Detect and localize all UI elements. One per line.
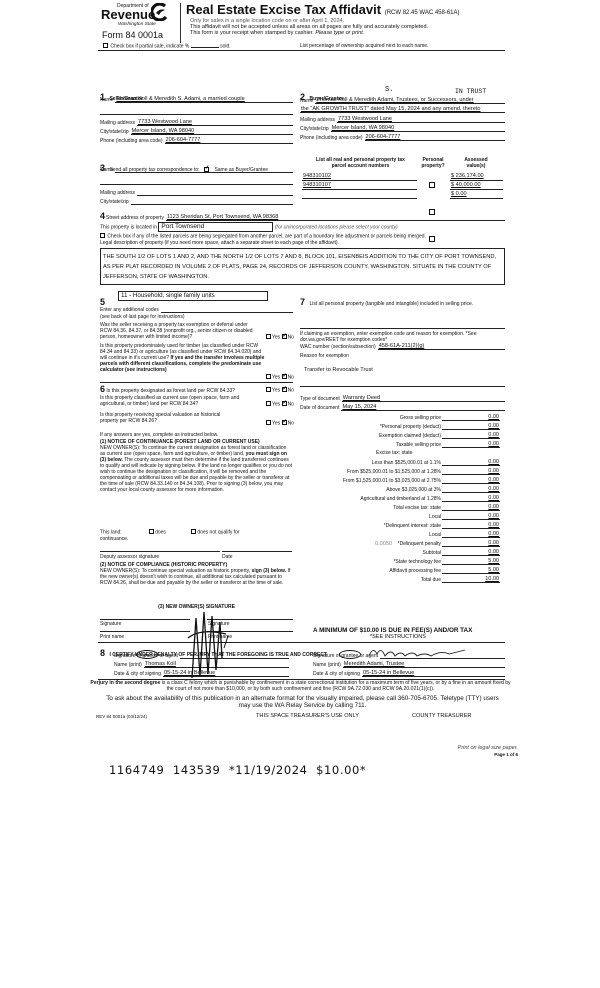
assessed-col-header: Assessed value(s) (455, 157, 497, 169)
field-label: City/state/zip (100, 129, 129, 135)
form-number: Form 84 0001a (102, 30, 163, 40)
title-ref: (RCW 82.45 WAC 458-61A) (385, 10, 460, 16)
tax-row: *Delinquent interest: state0.00 (300, 522, 500, 529)
tax-row: Affidavit processing fee5.00 (300, 567, 500, 574)
field-label: Date & city of signing (313, 671, 360, 677)
parcel-number: 948310102 (303, 173, 331, 179)
timber-answer: Yes No (266, 374, 294, 381)
field-label: City/state/zip (100, 199, 129, 205)
tax-label: Total due (421, 577, 441, 583)
print-name-label-1: Print name (100, 634, 124, 640)
assessed-value: $ 0.00 (451, 191, 467, 197)
notice1-body: NEW OWNER(S): To continue the current de… (100, 445, 293, 493)
additional-codes-hint: (see back of last page for instructions) (100, 314, 185, 320)
new-owner-print-line-1[interactable] (100, 631, 190, 632)
tax-value[interactable]: 0.00 (442, 522, 500, 529)
buyer-name-value-1: Thomas Koll & Meredith Adami, Trustees, … (316, 97, 473, 103)
tax-label: *Delinquent interest: state (384, 523, 441, 529)
yes-label: Yes (272, 421, 280, 427)
note3-text: This form is your receipt when stamped b… (190, 30, 314, 36)
tax-value[interactable]: 0.00 (442, 549, 500, 556)
page-number: Page 1 of 6 (440, 752, 518, 757)
does-label: does (155, 530, 166, 536)
section-number: 4 (100, 212, 105, 221)
section-number: 8 (100, 648, 105, 658)
buyer-phone-field[interactable]: Phone (including area code) 206-604-7777 (300, 134, 505, 141)
field-label: Name (print) (313, 662, 341, 668)
local-rate: 0.0050 (375, 541, 392, 547)
header-note-3: This form is your receipt when stamped b… (190, 30, 364, 37)
tax-value[interactable]: 0.00 (442, 513, 500, 520)
tax-row: Subtotal0.00 (300, 549, 500, 556)
tax-label: Local (429, 514, 441, 520)
tax-value[interactable]: 10.00 (442, 576, 500, 583)
assessed-value: $ 40,000.00 (451, 182, 481, 188)
current-use-no-checkbox[interactable] (282, 401, 287, 406)
excise-tax-heading: Excise tax: state (376, 450, 412, 456)
buyer-mailing-field[interactable]: Mailing address 7733 Westwood Lane (300, 116, 505, 123)
this-land-label: This land: (100, 530, 122, 536)
parcel-number: 948310107 (303, 182, 331, 188)
grantee-date-field[interactable]: Date & city of signing 05-15-24 in Belle… (313, 670, 505, 677)
timber-yes-checkbox[interactable] (266, 374, 271, 379)
tax-label: Exemption claimed (deduct) (379, 433, 441, 439)
yes-label: Yes (272, 375, 280, 381)
see-instructions: *SEE INSTRUCTIONS (370, 634, 426, 640)
grantor-signature-scribble (180, 598, 230, 682)
yes-label: Yes (272, 402, 280, 408)
tax-label: *Personal property (deduct) (380, 424, 441, 430)
field-label: Name (100, 97, 113, 103)
street-address-field[interactable]: 4 Street address of property 1123 Sherid… (100, 212, 505, 221)
reason-label: Reason for exemption (300, 353, 349, 359)
tax-value[interactable]: 0.00 (442, 432, 500, 439)
tax-label: Agricultural and timberland at 1.28% (360, 496, 441, 502)
deputy-date-label: Date (222, 554, 233, 560)
buyer-city-value: Mercer Island, WA 98040 (332, 125, 395, 131)
no-label: No (288, 402, 294, 408)
correspondence-name-line-2[interactable] (100, 184, 293, 185)
field-label: Date of document (300, 405, 339, 411)
located-hint: (for unincorporated locations please sel… (275, 224, 398, 230)
tax-row: Gross selling price0.00 (300, 414, 500, 421)
partial-sale-label: Check box if partial sale, indicate % (110, 44, 189, 50)
tax-label: Local (429, 532, 441, 538)
seller-name-value: Thomas Koll & Meredith S. Adami, a marri… (116, 96, 244, 102)
personal-property-checkbox[interactable] (429, 182, 435, 188)
field-label: Enter any additional codes (100, 307, 159, 313)
located-label: This property is located in (100, 224, 157, 230)
revision-number: REV 84 0001a (03/12/24) (96, 714, 147, 719)
field-label: Type of document (300, 396, 340, 402)
additional-codes-field[interactable]: Enter any additional codes (100, 306, 293, 313)
tax-row: From $1,525,000.01 to $3,025,000 at 2.75… (300, 477, 500, 484)
personal-property-heading: List all personal property (tangible and… (309, 301, 473, 307)
no-label: No (288, 335, 294, 341)
partial-sale-checkbox[interactable] (103, 43, 108, 48)
buyer-name-field-2[interactable]: the "AK GROWTH TRUST" dated May 15, 2024… (300, 106, 505, 113)
field-label: City/state/zip (300, 126, 329, 132)
parcel-line[interactable] (302, 198, 417, 199)
tax-value[interactable]: 5.00 (442, 567, 500, 574)
location-row: This property is located in Port Townsen… (100, 222, 398, 232)
forest-text: Is this property designated as forest la… (106, 388, 235, 394)
buyer-city-field[interactable]: City/state/zip Mercer Island, WA 98040 (300, 125, 505, 132)
tax-value[interactable]: 0.00 (442, 477, 500, 484)
exemption-claim-label: If claiming an exemption, enter exemptio… (300, 331, 500, 343)
current-use-yes-checkbox[interactable] (266, 401, 271, 406)
grantee-signature-scribble (365, 644, 475, 662)
exemption-question: Was the seller receiving a property tax … (100, 322, 260, 340)
agency-state: Washington State (118, 22, 156, 27)
stamp-s: S. (385, 86, 393, 94)
legal-label: Legal description of property (if you ne… (100, 240, 339, 246)
tax-row: Total due10.00 (300, 576, 500, 583)
tax-value[interactable]: 0.00 (442, 414, 500, 421)
section-number: 7 (300, 297, 305, 307)
segregated-row: Check box if any of the listed parcels a… (100, 233, 426, 240)
if-yes-note: If any answers are yes, complete as inst… (100, 432, 218, 438)
field-label: Name (print) (114, 662, 142, 668)
tax-row: Local0.00 (300, 513, 500, 520)
header-divider (180, 3, 181, 43)
seller-mailing-field[interactable]: Mailing address 7733 Westwood Lane (100, 119, 293, 126)
deputy-date-line[interactable] (222, 551, 292, 552)
section-number: 6 (100, 384, 105, 394)
historic-question: Is this property receiving special valua… (100, 412, 240, 424)
assessed-value: $ 236,174.00 (451, 173, 484, 179)
doc-date-field[interactable]: Date of document May 15, 2024 (300, 404, 505, 411)
segregated-checkbox[interactable] (100, 233, 105, 238)
tax-label: From $1,525,000.01 to $3,025,000 at 2.75… (343, 478, 441, 484)
tax-label: From $525,000.01 to $1,525,000 at 1.28% (347, 469, 441, 475)
assessed-line[interactable] (450, 198, 503, 199)
forest-answer: Yes No (266, 387, 294, 394)
legal-paper-note: Print on legal size paper. (440, 745, 518, 751)
field-label: Name (300, 98, 313, 104)
seller-city-field[interactable]: City/state/zip Mercer Island, WA 98040 (100, 128, 293, 135)
location-select[interactable]: Port Townsend (158, 222, 273, 232)
assessed-line[interactable] (450, 189, 503, 190)
tax-row: Agricultural and timberland at 1.28%0.00 (300, 495, 500, 502)
notice1-text-b: The county assessor must then determine … (100, 457, 292, 493)
continuance-row: This land: does does not qualify for (100, 529, 240, 536)
ownership-note: List percentage of ownership acquired ne… (300, 43, 428, 49)
tax-row: Local0.00 (300, 531, 500, 538)
exemption-answer: Yes No (266, 334, 294, 341)
partial-sale-row: Check box if partial sale, indicate % so… (103, 43, 231, 50)
buyer-phone-value: 206-604-7777 (366, 134, 401, 140)
stamp-in-trust: IN TRUST (455, 88, 486, 95)
forest-question: 6 Is this property designated as forest … (100, 385, 235, 394)
seller-name-field[interactable]: Name Thomas Koll & Meredith S. Adami, a … (100, 96, 293, 103)
tax-label: *Delinquent penalty (398, 541, 441, 547)
timber-no-checkbox[interactable] (282, 374, 287, 379)
historic-answer: Yes No (266, 420, 294, 427)
assessed-line[interactable] (450, 180, 503, 181)
tax-value[interactable]: 0.00 (442, 495, 500, 502)
doc-date-value: May 15, 2024 (342, 404, 376, 410)
tax-label: *State technology fee (393, 559, 441, 565)
tax-value[interactable]: 0.00 (442, 486, 500, 493)
grantee-date-value: 05-15-24 in Bellevue (363, 670, 414, 676)
new-owner-signature-line-1[interactable] (100, 619, 190, 620)
forest-no-checkbox[interactable] (282, 387, 287, 392)
field-label: Street address of property (106, 215, 164, 221)
correspondence-name-field[interactable]: Name (100, 166, 293, 173)
personal-property-line[interactable] (300, 328, 505, 329)
treasurer-use-only: THIS SPACE TREASURER'S USE ONLY (256, 713, 359, 719)
partial-sale-percent-input[interactable] (191, 47, 219, 48)
tax-value[interactable]: 0.00 (442, 540, 500, 547)
legal-description-box[interactable]: THE SOUTH 1/2 OF LOTS 1 AND 2, AND THE N… (100, 248, 505, 285)
perjury-bold: Perjury in the second degree (90, 680, 160, 686)
historic-no-checkbox[interactable] (282, 420, 287, 425)
current-use-answer: Yes No (266, 401, 294, 408)
tax-row: Less than $525,000.01 at 1.1%0.00 (300, 459, 500, 466)
field-label: Phone (including area code) (300, 135, 363, 141)
note3-italic: Please type or print. (315, 30, 364, 36)
doc-type-field[interactable]: Type of document Warranty Deed (300, 395, 505, 402)
wac-field[interactable]: WAC number (section/subsection) 458-61A-… (300, 343, 505, 350)
exemption-yes-checkbox[interactable] (266, 334, 271, 339)
deputy-signature-line[interactable] (100, 551, 220, 552)
timber-question: Is this property predominately used for … (100, 343, 265, 373)
grantee-name-field[interactable]: Name (print) Meredith Adami, Trustee (313, 661, 505, 668)
personal-property-checkbox[interactable] (429, 236, 435, 242)
field-label: Phone (including area code) (100, 138, 163, 144)
tax-value[interactable]: 0.00 (442, 459, 500, 466)
parcel-col-header: List all real and personal property tax … (308, 157, 413, 169)
grantor-name-value: Thomas Koll (145, 661, 176, 667)
does-not-label: does not qualify for (197, 530, 239, 536)
field-label: Mailing address (100, 190, 135, 196)
tax-label: Above $3,025,000 at 3% (386, 487, 441, 493)
seller-phone-field[interactable]: Phone (including area code) 206-604-7777 (100, 137, 293, 144)
seller-mailing-value: 7733 Westwood Lane (138, 119, 192, 125)
partial-sale-sold: sold. (220, 44, 231, 50)
continuance-label: continuance. (100, 536, 128, 542)
tax-label: Gross selling price (400, 415, 441, 421)
signature-label-1: Signature (100, 621, 121, 627)
grantee-circle (339, 650, 361, 659)
field-label: Mailing address (300, 117, 335, 123)
tax-row: Exemption claimed (deduct)0.00 (300, 432, 500, 439)
exemption-no-checkbox[interactable] (282, 334, 287, 339)
tax-label: Taxable selling price (396, 442, 441, 448)
doc-type-value: Warranty Deed (343, 395, 380, 401)
tax-value[interactable]: 0.00 (442, 423, 500, 430)
tax-label: Affidavit processing fee (389, 568, 441, 574)
dor-logo-icon (151, 3, 169, 21)
reason-value[interactable]: Transfer to Revocable Trust (304, 367, 373, 373)
tax-value[interactable]: 0.00 (442, 531, 500, 538)
section-7-heading: 7 List all personal property (tangible a… (300, 292, 505, 310)
buyer-mailing-value: 7733 Westwood Lane (338, 116, 392, 122)
tax-row: Total excise tax: state0.00 (300, 504, 500, 511)
grantor-circle (136, 650, 158, 659)
tax-label: Total excise tax: state (393, 505, 441, 511)
field-label: WAC number (section/subsection) (300, 344, 376, 350)
no-label: No (288, 388, 294, 394)
perjury-text: is a class C felony which is punishable … (162, 680, 511, 692)
use-code-select[interactable]: 11 - Household, single family units (118, 291, 268, 301)
no-label: No (288, 375, 294, 381)
tax-value[interactable]: 0.00 (442, 504, 500, 511)
forest-yes-checkbox[interactable] (266, 387, 271, 392)
tax-row: *Personal property (deduct)0.00 (300, 423, 500, 430)
treasurer-receipt-stamp: 1164749 143539 *11/19/2024 $10.00* (109, 763, 366, 777)
seller-phone-value: 206-604-7777 (166, 137, 201, 143)
buyer-name-value-2: the "AK GROWTH TRUST" dated May 15, 2024… (301, 106, 481, 112)
tax-value[interactable]: 0.00 (442, 441, 500, 448)
field-label: Date & city of signing (114, 671, 161, 677)
tax-label: Less than $525,000.01 at 1.1% (372, 460, 441, 466)
tax-row: Taxable selling price0.00 (300, 441, 500, 448)
street-address-value: 1123 Sheridan St, Port Townsend, WA 9836… (167, 214, 279, 220)
field-label: Mailing address (100, 120, 135, 126)
tax-label: Subtotal (423, 550, 441, 556)
tax-row: *State technology fee5.00 (300, 558, 500, 565)
wac-value: 458-61A-211(2)(g) (379, 343, 425, 349)
notice2-body: NEW OWNER(S): To continue special valuat… (100, 568, 293, 586)
county-treasurer: COUNTY TREASURER (412, 713, 471, 719)
personal-col-header: Personal property? (418, 157, 448, 169)
yes-label: Yes (272, 335, 280, 341)
tax-row: From $525,000.01 to $1,525,000 at 1.28%0… (300, 468, 500, 475)
tax-value[interactable]: 5.00 (442, 558, 500, 565)
does-checkbox[interactable] (149, 529, 154, 534)
seller-name-line-2[interactable] (100, 114, 293, 115)
yes-label: Yes (272, 388, 280, 394)
segregated-label: Check box if any of the listed parcels a… (107, 234, 426, 240)
current-use-question: Is this property classified as current u… (100, 395, 262, 407)
seller-city-value: Mercer Island, WA 98040 (132, 128, 195, 134)
divider (100, 382, 293, 383)
does-not-checkbox[interactable] (191, 529, 196, 534)
no-label: No (288, 421, 294, 427)
buyer-name-field[interactable]: Name Thomas Koll & Meredith Adami, Trust… (300, 97, 505, 104)
parcel-line[interactable] (302, 189, 417, 190)
tax-row: Above $3,025,000 at 3%0.00 (300, 486, 500, 493)
alternate-format-notice: To ask about the availability of this pu… (105, 695, 500, 709)
tax-value[interactable]: 0.00 (442, 468, 500, 475)
title-text: Real Estate Excise Tax Affidavit (186, 2, 381, 17)
minimum-note: A MINIMUM OF $10.00 IS DUE IN FEE(S) AND… (313, 627, 472, 634)
tax-row: *Delinquent penalty0.00 (300, 540, 500, 547)
reason-line[interactable] (300, 386, 505, 387)
perjury-notice: Perjury in the second degree is a class … (88, 681, 513, 693)
divider (98, 50, 505, 51)
historic-yes-checkbox[interactable] (266, 420, 271, 425)
deputy-signature-label: Deputy assessor signature (100, 554, 159, 560)
parcel-line[interactable] (302, 180, 417, 181)
field-label: Name (100, 167, 113, 173)
agency-name: Revenue (101, 8, 155, 21)
correspondence-city-field[interactable]: City/state/zip (100, 198, 293, 205)
correspondence-mailing-field[interactable]: Mailing address (100, 189, 293, 196)
